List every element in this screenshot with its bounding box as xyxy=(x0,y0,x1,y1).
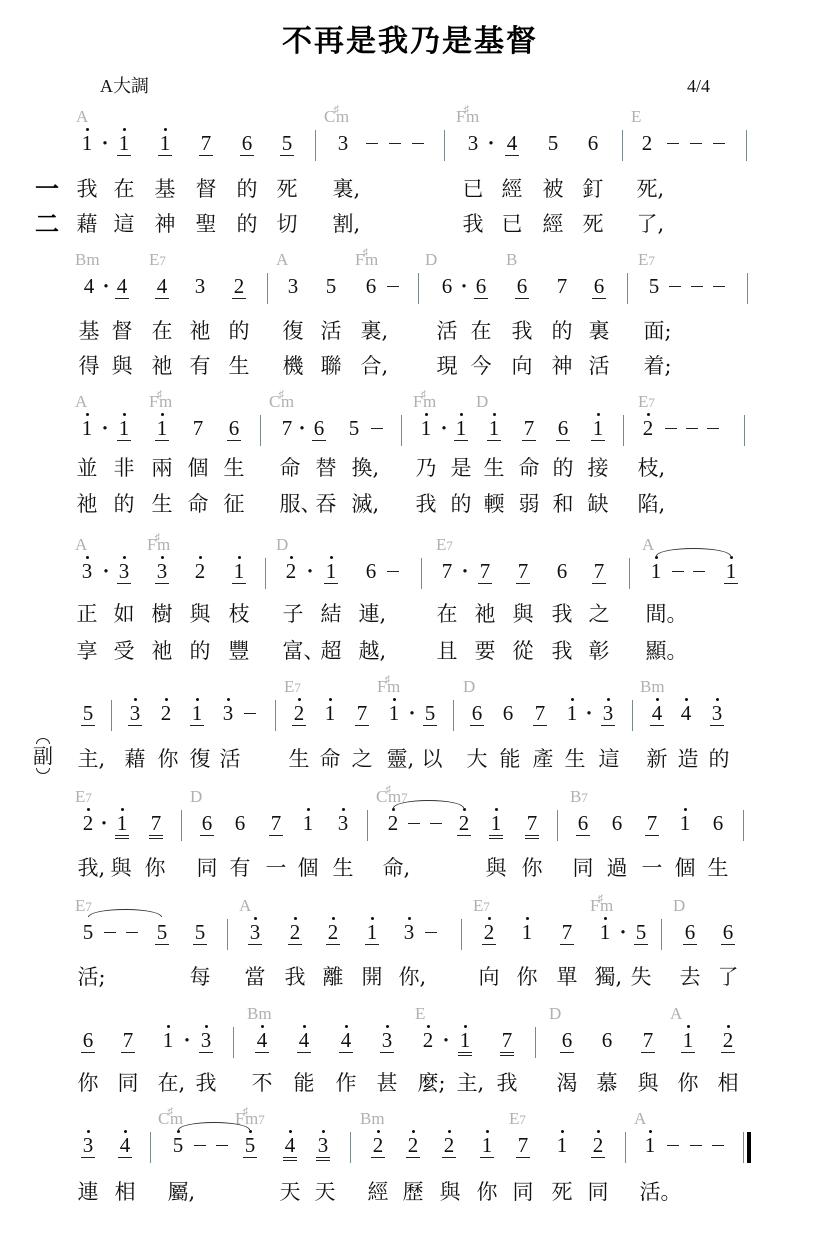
high-octave-dot xyxy=(604,917,607,920)
lyric-syllable: 我 xyxy=(552,602,573,626)
chord-extension: 7 xyxy=(483,899,490,914)
note: 3 xyxy=(463,132,483,154)
note: 3 xyxy=(125,702,145,724)
lyric-syllable: 祂 xyxy=(152,639,173,663)
lyric-syllable: 同 xyxy=(118,1071,139,1095)
eighth-underline xyxy=(118,1157,132,1158)
note-digit: 1 xyxy=(119,131,130,155)
lyric-syllable: 一 xyxy=(266,856,287,880)
note-digit: 1 xyxy=(234,559,245,583)
lyric-syllable: 裏 xyxy=(589,319,610,343)
note: 1 xyxy=(562,702,582,724)
lyric-syllable: 復 xyxy=(190,747,211,771)
note: 1 xyxy=(114,132,134,154)
lyric-syllable: 的 xyxy=(451,492,472,516)
note-digit: 4 xyxy=(652,701,663,725)
lyric-syllable: 與 xyxy=(440,1180,461,1204)
eighth-underline xyxy=(117,155,131,156)
chord-label: F♯m xyxy=(413,392,436,414)
note-digit: 1 xyxy=(680,811,691,835)
lyric-syllable: 且 xyxy=(437,639,458,663)
high-octave-dot xyxy=(655,556,658,559)
augmentation-dot: · xyxy=(584,702,594,724)
eighth-underline xyxy=(158,155,172,156)
note: 2 xyxy=(368,1134,388,1156)
lyric-syllable: 豐 xyxy=(229,639,250,663)
eighth-underline xyxy=(458,1052,472,1053)
note-digit: 6 xyxy=(612,811,623,835)
note-digit: 1 xyxy=(600,920,611,944)
chord-root: E xyxy=(75,896,85,915)
note-digit: 5 xyxy=(548,131,559,155)
note: 6 xyxy=(680,921,700,943)
lyric-syllable: 生 xyxy=(565,747,586,771)
lyric-syllable: 這 xyxy=(599,747,620,771)
high-octave-dot xyxy=(124,1130,127,1133)
note-digit: 2 xyxy=(234,274,245,298)
chord-root: D xyxy=(549,1004,561,1023)
barline xyxy=(744,415,745,446)
note: 4 xyxy=(79,275,99,297)
high-octave-dot xyxy=(121,808,124,811)
lyric-syllable: 在, xyxy=(158,1071,186,1095)
lyric-syllable: 督 xyxy=(112,319,133,343)
barline xyxy=(453,700,454,731)
lyric-syllable: 結 xyxy=(321,602,342,626)
chord-root: B xyxy=(506,250,517,269)
chord-root: A xyxy=(76,107,88,126)
lyric-syllable: 滅, xyxy=(352,492,380,516)
note: 5 xyxy=(277,132,297,154)
note: 2 xyxy=(190,560,210,582)
note-digit: 1 xyxy=(157,416,168,440)
high-octave-dot xyxy=(649,1130,652,1133)
eighth-underline xyxy=(560,1052,574,1053)
note: 2 xyxy=(383,812,403,834)
lyric-syllable: 與 xyxy=(112,354,133,378)
chord-extension: 7 xyxy=(159,253,166,268)
note-digit: 4 xyxy=(117,274,128,298)
note-digit: 6 xyxy=(83,1028,94,1052)
sustain-dash xyxy=(669,286,681,287)
lyric-syllable: 着; xyxy=(644,354,672,378)
high-octave-dot xyxy=(199,556,202,559)
sustain-dash xyxy=(126,932,138,933)
chord-root: E xyxy=(415,1004,425,1023)
chord-root: D xyxy=(276,535,288,554)
note: 7 xyxy=(642,812,662,834)
lyric-syllable: 相 xyxy=(718,1071,739,1095)
lyric-syllable: 已 xyxy=(502,212,523,236)
chord-root: E xyxy=(473,896,483,915)
lyric-syllable: 主, xyxy=(78,747,106,771)
note-digit: 6 xyxy=(202,811,213,835)
note: 3 xyxy=(707,702,727,724)
high-octave-dot xyxy=(86,128,89,131)
note-digit: 1 xyxy=(367,920,378,944)
lyric-syllable: 富、 xyxy=(283,639,325,663)
barline xyxy=(632,700,633,731)
high-octave-dot xyxy=(656,698,659,701)
lyric-syllable: 我 xyxy=(497,1071,518,1095)
lyric-syllable: 的 xyxy=(552,319,573,343)
chord-root: D xyxy=(425,250,437,269)
note-digit: 2 xyxy=(388,811,399,835)
note-digit: 3 xyxy=(83,1133,94,1157)
note: 6 xyxy=(553,417,573,439)
lyric-syllable: 我 xyxy=(285,965,306,989)
note-digit: 2 xyxy=(195,559,206,583)
barline xyxy=(623,415,624,446)
lyric-syllable: 死 xyxy=(583,212,604,236)
chord-label: E xyxy=(631,107,641,127)
barline xyxy=(315,130,316,161)
note: 1 xyxy=(77,417,97,439)
chord-label: E7 xyxy=(509,1109,526,1130)
note: 7 xyxy=(475,560,495,582)
note: 4 xyxy=(152,275,172,297)
note-digit: 5 xyxy=(157,920,168,944)
lyric-syllable: 活 xyxy=(589,354,610,378)
lyric-syllable: 祂 xyxy=(190,319,211,343)
high-octave-dot xyxy=(526,917,529,920)
eighth-underline xyxy=(576,835,590,836)
high-octave-dot xyxy=(87,1130,90,1133)
eighth-underline xyxy=(591,1157,605,1158)
chord-root: B xyxy=(247,1004,258,1023)
lyric-syllable: 歷 xyxy=(403,1180,424,1204)
note-digit: 5 xyxy=(173,1133,184,1157)
lyric-syllable: 在 xyxy=(471,319,492,343)
note: 1 xyxy=(155,132,175,154)
note: 5 xyxy=(631,921,651,943)
lyric-syllable: 我 xyxy=(77,177,98,201)
note: 2 xyxy=(323,921,343,943)
lyric-syllable: 基 xyxy=(155,177,176,201)
lyric-syllable: 渴 xyxy=(557,1071,578,1095)
note-digit: 4 xyxy=(84,274,95,298)
note: 6 xyxy=(498,702,518,724)
note: 1 xyxy=(187,702,207,724)
note: 4 xyxy=(676,702,696,724)
high-octave-dot xyxy=(227,698,230,701)
barline xyxy=(367,810,368,841)
lyric-syllable: 個 xyxy=(298,856,319,880)
lyric-syllable: 同 xyxy=(197,856,218,880)
final-barline-thin xyxy=(743,1132,744,1163)
eighth-underline xyxy=(721,1052,735,1053)
augmentation-dot: · xyxy=(441,1029,451,1051)
note: 4 xyxy=(252,1029,272,1051)
note: 6 xyxy=(589,275,609,297)
note: 2 xyxy=(588,1134,608,1156)
lyric-syllable: 兩 xyxy=(152,456,173,480)
chord-root: B xyxy=(75,250,86,269)
note-digit: 4 xyxy=(257,1028,268,1052)
note-digit: 1 xyxy=(460,1028,471,1052)
chord-label: D xyxy=(673,896,685,916)
high-octave-dot xyxy=(161,556,164,559)
sustain-dash xyxy=(667,1145,679,1146)
note-digit: 7 xyxy=(502,1028,513,1052)
lyric-syllable: 替 xyxy=(316,456,337,480)
lyric-syllable: 接 xyxy=(588,456,609,480)
eighth-underline xyxy=(128,725,142,726)
lyric-syllable: 輭 xyxy=(484,492,505,516)
chord-extension: 7 xyxy=(648,253,655,268)
high-octave-dot xyxy=(495,808,498,811)
note-digit: 3 xyxy=(195,274,206,298)
note: 7 xyxy=(557,921,577,943)
eighth-underline xyxy=(515,298,529,299)
note: 2 xyxy=(281,560,301,582)
note: 2 xyxy=(718,1029,738,1051)
barline xyxy=(535,1027,536,1058)
lyric-syllable: 在 xyxy=(152,319,173,343)
note-digit: 5 xyxy=(83,920,94,944)
lyric-syllable: 生 xyxy=(333,856,354,880)
chord-quality: m xyxy=(258,1004,271,1023)
lyric-syllable: 天 xyxy=(315,1180,336,1204)
high-octave-dot xyxy=(161,413,164,416)
lyric-syllable: 生 xyxy=(229,354,250,378)
note: 7 xyxy=(522,812,542,834)
lyric-syllable: 現 xyxy=(437,354,458,378)
eighth-underline xyxy=(288,944,302,945)
eighth-underline xyxy=(710,725,724,726)
note-digit: 1 xyxy=(456,416,467,440)
note-digit: 3 xyxy=(130,701,141,725)
note: 1 xyxy=(640,1134,660,1156)
eighth-underline xyxy=(155,440,169,441)
lyric-syllable: 吞 xyxy=(316,492,337,516)
chord-label: F♯m xyxy=(456,107,479,129)
eighth-underline xyxy=(724,583,738,584)
note: 5 xyxy=(78,921,98,943)
eighth-underline xyxy=(248,944,262,945)
lyric-syllable: 與 xyxy=(513,602,534,626)
note: 7 xyxy=(497,1029,517,1051)
note: 5 xyxy=(152,921,172,943)
eighth-underline xyxy=(645,835,659,836)
note-digit: 2 xyxy=(423,1028,434,1052)
chord-label: D xyxy=(425,250,437,270)
lyric-syllable: 的 xyxy=(114,492,135,516)
chord-label: F♯m xyxy=(377,677,400,699)
augmentation-dot: · xyxy=(182,1029,192,1051)
note-digit: 7 xyxy=(518,1133,529,1157)
chord-root: D xyxy=(673,896,685,915)
chord-root: E xyxy=(436,535,446,554)
lyric-syllable: 機 xyxy=(283,354,304,378)
note-digit: 1 xyxy=(119,416,130,440)
eighth-underline xyxy=(255,1052,269,1053)
lyric-syllable: 裏, xyxy=(361,319,389,343)
eighth-underline xyxy=(190,725,204,726)
note: 4 xyxy=(112,275,132,297)
chord-label: C♯m xyxy=(269,392,294,414)
barline xyxy=(418,273,419,304)
note: 2 xyxy=(638,417,658,439)
sustain-dash xyxy=(690,1145,702,1146)
eighth-underline xyxy=(681,1052,695,1053)
note-digit: 6 xyxy=(366,274,377,298)
chord-label: F♯m xyxy=(149,392,172,414)
chord-label: D xyxy=(190,787,202,807)
note-digit: 6 xyxy=(242,131,253,155)
barline xyxy=(421,558,422,589)
note-digit: 6 xyxy=(723,920,734,944)
eighth-underline xyxy=(487,440,501,441)
note-digit: 6 xyxy=(442,274,453,298)
note: 2 xyxy=(403,1134,423,1156)
eighth-underline xyxy=(155,298,169,299)
lyric-syllable: 新 xyxy=(647,747,668,771)
lyric-syllable: 我 xyxy=(552,639,573,663)
high-octave-dot xyxy=(386,1025,389,1028)
lyric-syllable: 向 xyxy=(479,965,500,989)
lyric-syllable: 督 xyxy=(196,177,217,201)
note: 6 xyxy=(197,812,217,834)
high-octave-dot xyxy=(571,698,574,701)
eighth-underline xyxy=(522,440,536,441)
eighth-underline xyxy=(355,725,369,726)
eighth-underline xyxy=(533,725,547,726)
note-digit: 3 xyxy=(157,559,168,583)
chord-root: E xyxy=(509,1109,519,1128)
chord-label: A xyxy=(239,896,251,916)
sustain-dash xyxy=(244,713,256,714)
eighth-underline xyxy=(601,725,615,726)
chord-label: F♯m xyxy=(590,896,613,918)
chord-label: E xyxy=(415,1004,425,1024)
note-digit: 3 xyxy=(223,701,234,725)
note: 6 xyxy=(708,812,728,834)
high-octave-dot xyxy=(607,698,610,701)
lyric-syllable: 顯。 xyxy=(646,639,688,663)
note-digit: 1 xyxy=(82,131,93,155)
chord-label: A xyxy=(670,1004,682,1024)
verse-marker: 二 xyxy=(35,212,59,236)
note-digit: 7 xyxy=(643,1028,654,1052)
note: 3 xyxy=(333,132,353,154)
chord-label: Bm xyxy=(640,677,665,697)
chord-label: A xyxy=(642,535,654,555)
note-digit: 7 xyxy=(594,559,605,583)
lyric-syllable: 受 xyxy=(114,639,135,663)
eighth-underline xyxy=(406,1157,420,1158)
high-octave-dot xyxy=(684,808,687,811)
lyric-syllable: 被 xyxy=(543,177,564,201)
note: 5 xyxy=(168,1134,188,1156)
note-digit: 1 xyxy=(567,701,578,725)
note: 1 xyxy=(678,1029,698,1051)
note-digit: 5 xyxy=(425,701,436,725)
eighth-underline xyxy=(283,1157,297,1158)
note-digit: 3 xyxy=(468,131,479,155)
high-octave-dot xyxy=(86,413,89,416)
lyric-syllable: 你 xyxy=(517,965,538,989)
note-digit: 1 xyxy=(489,416,500,440)
sharp-icon: ♯ xyxy=(362,247,368,259)
chord-root: B xyxy=(360,1109,371,1128)
note: 6 xyxy=(467,702,487,724)
chord-extension: 7 xyxy=(258,1112,265,1127)
note-digit: 2 xyxy=(484,920,495,944)
note: 5 xyxy=(344,417,364,439)
note-digit: 6 xyxy=(588,131,599,155)
note: 2 xyxy=(637,132,657,154)
chord-root: A xyxy=(75,392,87,411)
chord-root: D xyxy=(476,392,488,411)
lyric-syllable: 裏, xyxy=(333,177,361,201)
eighth-underline xyxy=(525,835,539,836)
note: 2 xyxy=(289,702,309,724)
lyric-syllable: 的 xyxy=(190,639,211,663)
eighth-underline xyxy=(592,298,606,299)
lyric-syllable: 我 xyxy=(196,1071,217,1095)
note: 3 xyxy=(313,1134,333,1156)
note-digit: 4 xyxy=(507,131,518,155)
note-digit: 5 xyxy=(326,274,337,298)
lyric-syllable: 的 xyxy=(237,177,258,201)
eighth-underline xyxy=(556,440,570,441)
note: 1 xyxy=(477,1134,497,1156)
sharp-icon: ♯ xyxy=(597,893,603,905)
note-digit: 5 xyxy=(349,416,360,440)
high-octave-dot xyxy=(393,698,396,701)
sustain-dash xyxy=(712,1145,724,1146)
chord-label: A xyxy=(76,107,88,127)
sustain-dash xyxy=(667,143,679,144)
lyric-syllable: 同 xyxy=(573,856,594,880)
barline xyxy=(350,1132,351,1163)
note: 7 xyxy=(589,560,609,582)
note-digit: 6 xyxy=(314,416,325,440)
note: 5 xyxy=(420,702,440,724)
high-octave-dot xyxy=(165,698,168,701)
note-digit: 6 xyxy=(476,274,487,298)
chord-label: A xyxy=(75,535,87,555)
lyric-syllable: 產 xyxy=(533,747,554,771)
lyric-syllable: 越, xyxy=(359,639,387,663)
chord-label: E7 xyxy=(638,250,655,271)
high-octave-dot xyxy=(342,808,345,811)
note: 4 xyxy=(280,1134,300,1156)
note-digit: 3 xyxy=(404,920,415,944)
sixteenth-underline xyxy=(458,1055,472,1056)
augmentation-dot: · xyxy=(100,132,110,154)
note: 5 xyxy=(644,275,664,297)
chord-label: D xyxy=(463,677,475,697)
sharp-icon: ♯ xyxy=(333,104,339,116)
lyric-syllable: 之 xyxy=(589,602,610,626)
lyric-syllable: 相 xyxy=(115,1180,136,1204)
eighth-underline xyxy=(199,155,213,156)
high-octave-dot xyxy=(330,556,333,559)
eighth-underline xyxy=(200,835,214,836)
lyric-syllable: 命 xyxy=(320,747,341,771)
eighth-underline xyxy=(365,944,379,945)
chord-label: E7 xyxy=(473,896,490,917)
note: 7 xyxy=(513,1134,533,1156)
note: 1 xyxy=(112,812,132,834)
note-digit: 7 xyxy=(480,559,491,583)
lyric-syllable: 非 xyxy=(114,456,135,480)
lyric-syllable: 死, xyxy=(637,177,665,201)
barline xyxy=(627,273,628,304)
augmentation-dot: · xyxy=(618,921,628,943)
